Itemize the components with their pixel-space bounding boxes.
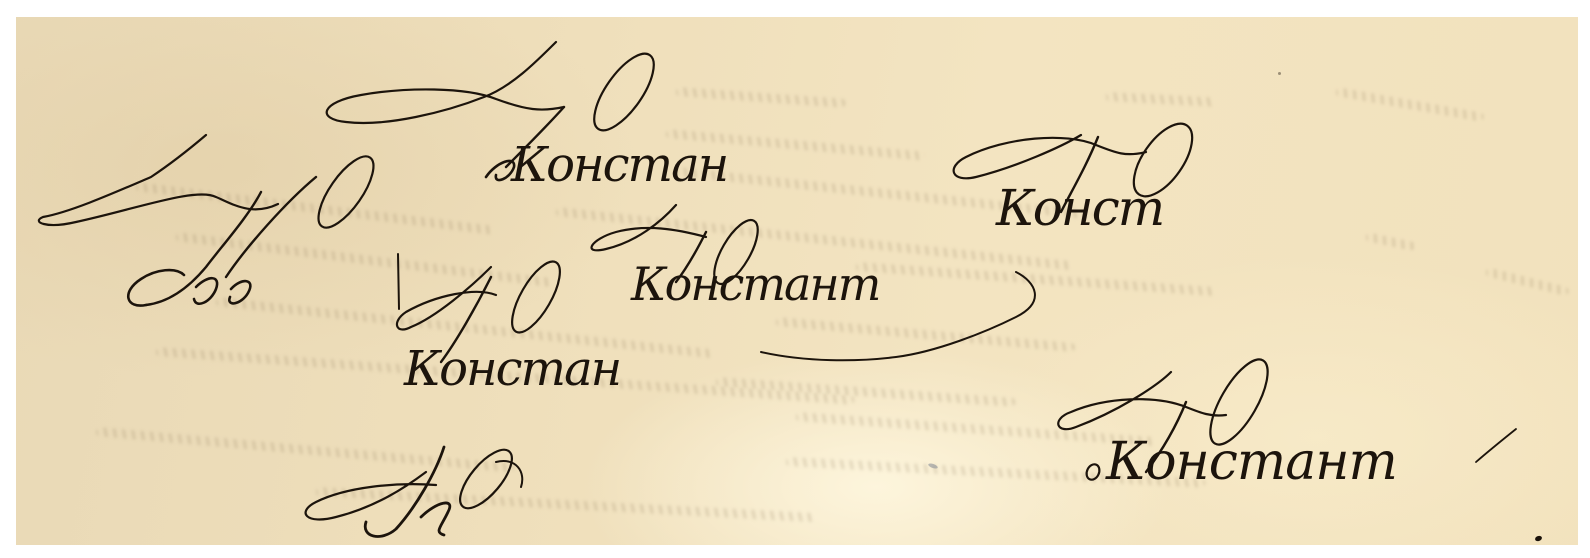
inscription-konstant-bottom-right-text: Констант bbox=[1105, 432, 1397, 492]
inscription-k-monogram bbox=[306, 442, 523, 537]
inscription-konstan-lower-text: Констан bbox=[403, 341, 620, 397]
tail-stroke bbox=[1476, 429, 1516, 462]
inscription-konstan-top-text: Констан bbox=[510, 137, 727, 193]
inscription-konst-right-text: Конст bbox=[995, 179, 1163, 237]
manuscript-page: Констан Конст Констант Констан bbox=[16, 17, 1578, 545]
calligraphy-ink: Констан Конст Констант Констан bbox=[16, 17, 1578, 545]
inscription-konstant-middle-text: Констант bbox=[630, 257, 879, 311]
speck bbox=[1278, 72, 1281, 75]
inscription-ko bbox=[39, 135, 383, 306]
